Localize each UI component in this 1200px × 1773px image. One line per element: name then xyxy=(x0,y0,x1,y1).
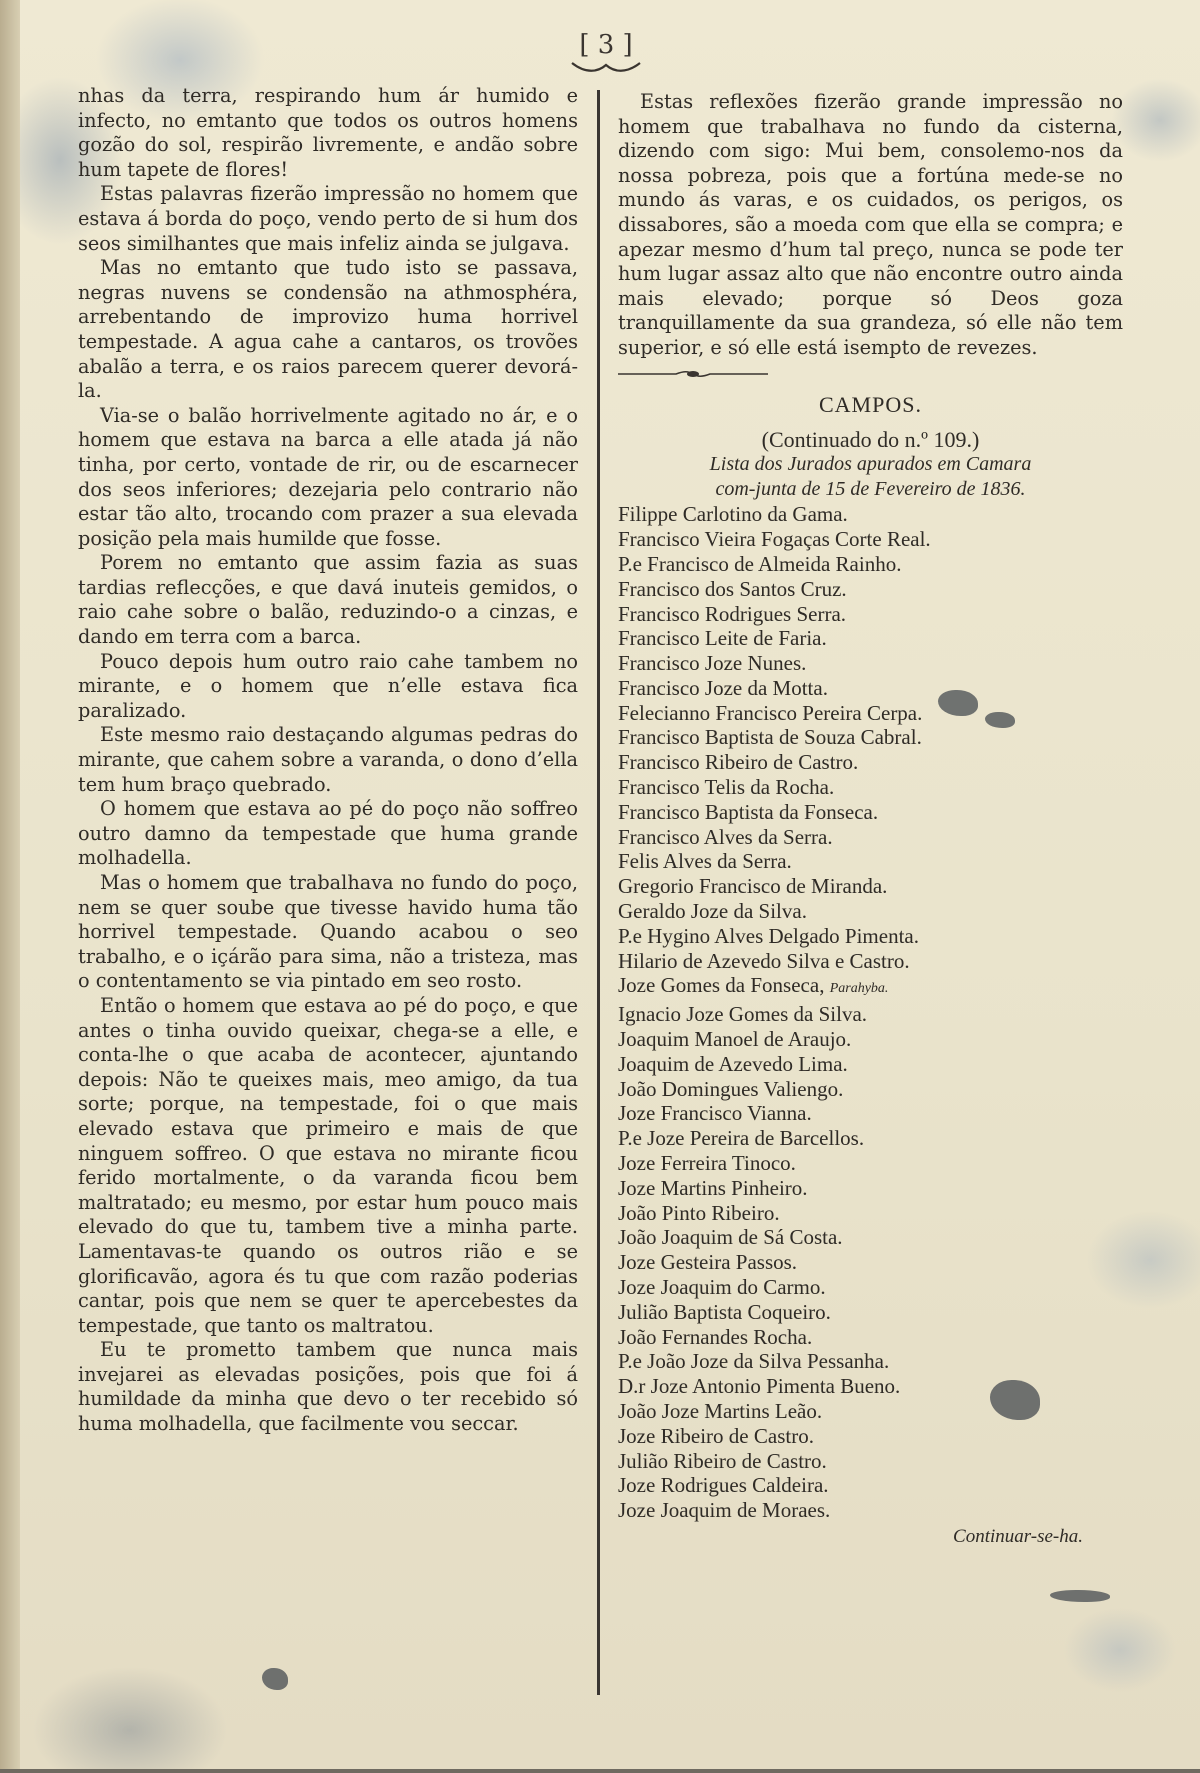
article-paragraph: O homem que estava ao pé do poço não sof… xyxy=(78,797,578,871)
article-paragraph: Este mesmo raio destaçando algumas pedra… xyxy=(78,723,578,797)
juror-name: Felis Alves da Serra. xyxy=(618,849,792,873)
article-paragraph: Estas palavras fizerão impressão no home… xyxy=(78,182,578,256)
juror-list-item: Joze Ribeiro de Castro. xyxy=(618,1424,1123,1449)
juror-list-item: Julião Ribeiro de Castro. xyxy=(618,1449,1123,1474)
juror-list-item: Felecianno Francisco Pereira Cerpa. xyxy=(618,701,1123,726)
juror-name: Julião Ribeiro de Castro. xyxy=(618,1449,827,1473)
list-caption-line: com-junta de 15 de Fevereiro de 1836. xyxy=(618,477,1123,502)
juror-list-item: Julião Baptista Coqueiro. xyxy=(618,1300,1123,1325)
juror-list-item: Ignacio Joze Gomes da Silva. xyxy=(618,1002,1123,1027)
juror-list-item: Francisco Telis da Rocha. xyxy=(618,775,1123,800)
juror-list-item: Francisco Vieira Fogaças Corte Real. xyxy=(618,527,1123,552)
juror-name: Hilario de Azevedo Silva e Castro. xyxy=(618,949,910,973)
juror-name: P.e Joze Pereira de Barcellos. xyxy=(618,1126,864,1150)
juror-list-item: João Joze Martins Leão. xyxy=(618,1399,1123,1424)
juror-name: Joze Joaquim de Moraes. xyxy=(618,1498,830,1522)
juror-list-item: Joze Ferreira Tinoco. xyxy=(618,1151,1123,1176)
section-title: CAMPOS. xyxy=(618,393,1123,418)
juror-name: João Pinto Ribeiro. xyxy=(618,1201,780,1225)
juror-list-item: Filippe Carlotino da Gama. xyxy=(618,502,1123,527)
juror-list-item: Francisco Alves da Serra. xyxy=(618,825,1123,850)
juror-name: Julião Baptista Coqueiro. xyxy=(618,1300,831,1324)
right-column-article: Estas reflexões fizerão grande impressão… xyxy=(618,90,1123,361)
ink-stain xyxy=(1050,1590,1110,1602)
juror-name: Francisco Vieira Fogaças Corte Real. xyxy=(618,527,931,551)
juror-name: Joze Ferreira Tinoco. xyxy=(618,1151,796,1175)
juror-list-item: Francisco Leite de Faria. xyxy=(618,626,1123,651)
newspaper-page: [ 3 ] nhas da terra, respirando hum ár h… xyxy=(0,0,1200,1773)
juror-name: D.r Joze Antonio Pimenta Bueno. xyxy=(618,1374,900,1398)
juror-list-item: P.e Francisco de Almeida Rainho. xyxy=(618,552,1123,577)
juror-list-item: Francisco dos Santos Cruz. xyxy=(618,577,1123,602)
juror-list-item: Joze Francisco Vianna. xyxy=(618,1101,1123,1126)
juror-list-item: Geraldo Joze da Silva. xyxy=(618,899,1123,924)
article-paragraph: Eu te prometto tambem que nunca mais inv… xyxy=(78,1338,578,1436)
juror-list-item: Joze Martins Pinheiro. xyxy=(618,1176,1123,1201)
page-number: [ 3 ] xyxy=(566,30,646,60)
juror-name: Joze Joaquim do Carmo. xyxy=(618,1275,826,1299)
article-paragraph: Pouco depois hum outro raio cahe tambem … xyxy=(78,650,578,724)
juror-name: Ignacio Joze Gomes da Silva. xyxy=(618,1002,867,1026)
juror-name: Francisco Baptista de Souza Cabral. xyxy=(618,725,922,749)
juror-name: P.e Hygino Alves Delgado Pimenta. xyxy=(618,924,919,948)
juror-name: Francisco Telis da Rocha. xyxy=(618,775,834,799)
page-bottom-edge xyxy=(0,1769,1200,1773)
juror-list-item: D.r Joze Antonio Pimenta Bueno. xyxy=(618,1374,1123,1399)
juror-list-item: João Fernandes Rocha. xyxy=(618,1325,1123,1350)
juror-name: João Domingues Valiengo. xyxy=(618,1077,843,1101)
juror-list-item: Hilario de Azevedo Silva e Castro. xyxy=(618,949,1123,974)
juror-list-item: Joze Gesteira Passos. xyxy=(618,1250,1123,1275)
juror-list-item: João Domingues Valiengo. xyxy=(618,1077,1123,1102)
juror-name: Joaquim Manoel de Araujo. xyxy=(618,1027,851,1051)
ornament-swash-icon xyxy=(566,60,646,74)
juror-list-item: João Joaquim de Sá Costa. xyxy=(618,1225,1123,1250)
juror-name: P.e João Joze da Silva Pessanha. xyxy=(618,1349,889,1373)
article-paragraph: nhas da terra, respirando hum ár humido … xyxy=(78,84,578,182)
juror-name: Joze Gomes da Fonseca, xyxy=(618,973,824,997)
juror-name: Joze Rodrigues Caldeira. xyxy=(618,1473,829,1497)
juror-list-item: Joze Rodrigues Caldeira. xyxy=(618,1473,1123,1498)
juror-list-item: Francisco Ribeiro de Castro. xyxy=(618,750,1123,775)
juror-list-item: Joaquim de Azevedo Lima. xyxy=(618,1052,1123,1077)
juror-list-item: Joze Joaquim do Carmo. xyxy=(618,1275,1123,1300)
juror-list-item: Francisco Joze Nunes. xyxy=(618,651,1123,676)
article-paragraph: Então o homem que estava ao pé do poço, … xyxy=(78,994,578,1338)
list-caption: Lista dos Jurados apurados em Camara com… xyxy=(618,452,1123,502)
juror-name: Joaquim de Azevedo Lima. xyxy=(618,1052,848,1076)
juror-name: João Fernandes Rocha. xyxy=(618,1325,812,1349)
juror-name: Francisco Leite de Faria. xyxy=(618,626,827,650)
juror-list: Filippe Carlotino da Gama.Francisco Viei… xyxy=(618,502,1123,1523)
continuation-note: Continuar-se-ha. xyxy=(618,1525,1123,1550)
juror-name: Francisco Alves da Serra. xyxy=(618,825,833,849)
ornament-rule-icon xyxy=(618,369,768,379)
juror-name: Geraldo Joze da Silva. xyxy=(618,899,807,923)
juror-name: Francisco Baptista da Fonseca. xyxy=(618,800,878,824)
list-caption-line: Lista dos Jurados apurados em Camara xyxy=(618,452,1123,477)
juror-list-item: Francisco Baptista de Souza Cabral. xyxy=(618,725,1123,750)
juror-name: Filippe Carlotino da Gama. xyxy=(618,502,848,526)
right-column: Estas reflexões fizerão grande impressão… xyxy=(618,90,1123,1550)
juror-name: Francisco Joze Nunes. xyxy=(618,651,806,675)
page-binding-edge xyxy=(0,0,20,1773)
ink-stain xyxy=(262,1668,288,1690)
juror-list-item: Joze Gomes da Fonseca, Parahyba. xyxy=(618,973,1123,1002)
juror-name: Gregorio Francisco de Miranda. xyxy=(618,874,887,898)
left-column-article: nhas da terra, respirando hum ár humido … xyxy=(78,84,578,1437)
juror-list-item: Francisco Baptista da Fonseca. xyxy=(618,800,1123,825)
juror-name: Francisco dos Santos Cruz. xyxy=(618,577,847,601)
juror-name: Felecianno Francisco Pereira Cerpa. xyxy=(618,701,922,725)
column-divider xyxy=(597,90,600,1695)
juror-list-item: P.e Hygino Alves Delgado Pimenta. xyxy=(618,924,1123,949)
article-paragraph: Estas reflexões fizerão grande impressão… xyxy=(618,90,1123,361)
juror-name: P.e Francisco de Almeida Rainho. xyxy=(618,552,901,576)
juror-name: Francisco Ribeiro de Castro. xyxy=(618,750,858,774)
juror-list-item: P.e João Joze da Silva Pessanha. xyxy=(618,1349,1123,1374)
juror-name: Francisco Rodrigues Serra. xyxy=(618,602,846,626)
juror-name: Joze Francisco Vianna. xyxy=(618,1101,812,1125)
juror-list-item: Francisco Joze da Motta. xyxy=(618,676,1123,701)
juror-name: João Joze Martins Leão. xyxy=(618,1399,822,1423)
juror-list-item: João Pinto Ribeiro. xyxy=(618,1201,1123,1226)
juror-list-item: Francisco Rodrigues Serra. xyxy=(618,602,1123,627)
juror-list-item: Gregorio Francisco de Miranda. xyxy=(618,874,1123,899)
juror-name: Joze Martins Pinheiro. xyxy=(618,1176,808,1200)
article-paragraph: Mas no emtanto que tudo isto se passava,… xyxy=(78,256,578,404)
juror-place-note: Parahyba. xyxy=(830,981,889,996)
juror-name: Joze Gesteira Passos. xyxy=(618,1250,797,1274)
juror-list-item: P.e Joze Pereira de Barcellos. xyxy=(618,1126,1123,1151)
article-paragraph: Via-se o balão horrivelmente agitado no … xyxy=(78,404,578,552)
juror-name: Joze Ribeiro de Castro. xyxy=(618,1424,814,1448)
juror-list-item: Joaquim Manoel de Araujo. xyxy=(618,1027,1123,1052)
juror-list-item: Joze Joaquim de Moraes. xyxy=(618,1498,1123,1523)
juror-list-item: Felis Alves da Serra. xyxy=(618,849,1123,874)
article-paragraph: Mas o homem que trabalhava no fundo do p… xyxy=(78,871,578,994)
article-paragraph: Porem no emtanto que assim fazia as suas… xyxy=(78,551,578,649)
continued-note: (Continuado do n.º 109.) xyxy=(618,428,1123,453)
juror-name: João Joaquim de Sá Costa. xyxy=(618,1225,843,1249)
juror-name: Francisco Joze da Motta. xyxy=(618,676,828,700)
